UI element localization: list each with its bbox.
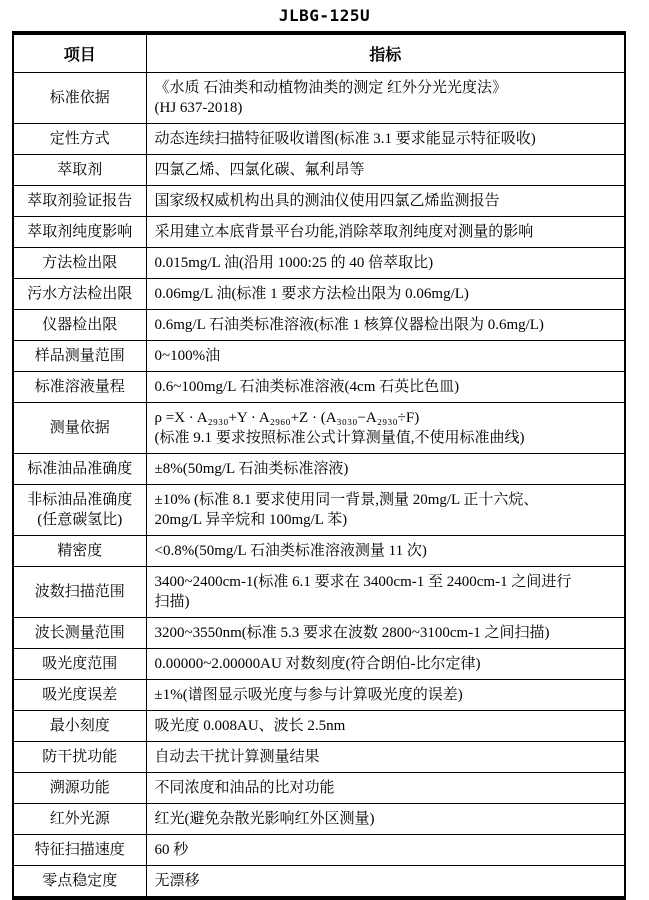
table-header-item: 项目 — [13, 33, 146, 73]
spec-value: 四氯乙烯、四氯化碳、氟利昂等 — [146, 155, 625, 186]
table-header-row: 项目 指标 — [13, 33, 625, 73]
spec-item-label: 防干扰功能 — [13, 742, 146, 773]
spec-value: 采用建立本底背景平台功能,消除萃取剂纯度对测量的影响 — [146, 217, 625, 248]
spec-item-label: 标准溶液量程 — [13, 372, 146, 403]
table-row: 吸光度误差 ±1%(谱图显示吸光度与参与计算吸光度的误差) — [13, 680, 625, 711]
spec-value: 0.015mg/L 油(沿用 1000:25 的 40 倍萃取比) — [146, 248, 625, 279]
spec-item-label: 污水方法检出限 — [13, 279, 146, 310]
spec-value: ±1%(谱图显示吸光度与参与计算吸光度的误差) — [146, 680, 625, 711]
table-row: 溯源功能 不同浓度和油品的比对功能 — [13, 773, 625, 804]
spec-item-label: 溯源功能 — [13, 773, 146, 804]
spec-value: 自动去干扰计算测量结果 — [146, 742, 625, 773]
table-header-spec: 指标 — [146, 33, 625, 73]
spec-item-label: 定性方式 — [13, 124, 146, 155]
table-row: 红外光源 红光(避免杂散光影响红外区测量) — [13, 804, 625, 835]
spec-value: 0.6~100mg/L 石油类标准溶液(4cm 石英比色皿) — [146, 372, 625, 403]
spec-value: 无漂移 — [146, 866, 625, 899]
table-row: 标准依据 《水质 石油类和动植物油类的测定 红外分光光度法》 (HJ 637-2… — [13, 73, 625, 124]
spec-value: 0~100%油 — [146, 341, 625, 372]
spec-value: ±8%(50mg/L 石油类标准溶液) — [146, 454, 625, 485]
table-row: 波数扫描范围 3400~2400cm-1(标准 6.1 要求在 3400cm-1… — [13, 567, 625, 618]
spec-item-label: 萃取剂纯度影响 — [13, 217, 146, 248]
table-row: 萃取剂 四氯乙烯、四氯化碳、氟利昂等 — [13, 155, 625, 186]
table-row: 标准溶液量程 0.6~100mg/L 石油类标准溶液(4cm 石英比色皿) — [13, 372, 625, 403]
table-row: 波长测量范围 3200~3550nm(标准 5.3 要求在波数 2800~310… — [13, 618, 625, 649]
spec-value: ρ =X · A₂₉₃₀+Y · A₂₉₆₀+Z · (A₃₀₃₀−A₂₉₃₀÷… — [146, 403, 625, 454]
spec-item-label: 波长测量范围 — [13, 618, 146, 649]
spec-item-label: 吸光度范围 — [13, 649, 146, 680]
spec-value: <0.8%(50mg/L 石油类标准溶液测量 11 次) — [146, 536, 625, 567]
table-row: 仪器检出限 0.6mg/L 石油类标准溶液(标准 1 核算仪器检出限为 0.6m… — [13, 310, 625, 341]
spec-item-label: 测量依据 — [13, 403, 146, 454]
table-row: 精密度 <0.8%(50mg/L 石油类标准溶液测量 11 次) — [13, 536, 625, 567]
spec-value: 3200~3550nm(标准 5.3 要求在波数 2800~3100cm-1 之… — [146, 618, 625, 649]
spec-value: 国家级权威机构出具的测油仪使用四氯乙烯监测报告 — [146, 186, 625, 217]
spec-item-label: 标准依据 — [13, 73, 146, 124]
table-row: 标准油品准确度 ±8%(50mg/L 石油类标准溶液) — [13, 454, 625, 485]
spec-item-label: 萃取剂 — [13, 155, 146, 186]
spec-item-label: 非标油品准确度 (任意碳氢比) — [13, 485, 146, 536]
table-row: 最小刻度 吸光度 0.008AU、波长 2.5nm — [13, 711, 625, 742]
document-page: JLBG-125U 项目 指标 标准依据 《水质 石油类和动植物油类的测定 红外… — [0, 0, 649, 900]
table-row: 防干扰功能 自动去干扰计算测量结果 — [13, 742, 625, 773]
table-row: 萃取剂纯度影响 采用建立本底背景平台功能,消除萃取剂纯度对测量的影响 — [13, 217, 625, 248]
table-row: 污水方法检出限 0.06mg/L 油(标准 1 要求方法检出限为 0.06mg/… — [13, 279, 625, 310]
spec-value: 0.06mg/L 油(标准 1 要求方法检出限为 0.06mg/L) — [146, 279, 625, 310]
spec-item-label: 标准油品准确度 — [13, 454, 146, 485]
spec-item-label: 吸光度误差 — [13, 680, 146, 711]
spec-value: 不同浓度和油品的比对功能 — [146, 773, 625, 804]
spec-item-label: 仪器检出限 — [13, 310, 146, 341]
spec-item-label: 波数扫描范围 — [13, 567, 146, 618]
spec-item-label: 零点稳定度 — [13, 866, 146, 899]
spec-item-label: 萃取剂验证报告 — [13, 186, 146, 217]
spec-item-label: 精密度 — [13, 536, 146, 567]
spec-item-label: 最小刻度 — [13, 711, 146, 742]
table-row: 零点稳定度 无漂移 — [13, 866, 625, 899]
spec-value: 60 秒 — [146, 835, 625, 866]
spec-item-label: 特征扫描速度 — [13, 835, 146, 866]
spec-value: 3400~2400cm-1(标准 6.1 要求在 3400cm-1 至 2400… — [146, 567, 625, 618]
spec-value: 《水质 石油类和动植物油类的测定 红外分光光度法》 (HJ 637-2018) — [146, 73, 625, 124]
table-row: 定性方式 动态连续扫描特征吸收谱图(标准 3.1 要求能显示特征吸收) — [13, 124, 625, 155]
table-row: 测量依据 ρ =X · A₂₉₃₀+Y · A₂₉₆₀+Z · (A₃₀₃₀−A… — [13, 403, 625, 454]
spec-item-label: 方法检出限 — [13, 248, 146, 279]
spec-value: 动态连续扫描特征吸收谱图(标准 3.1 要求能显示特征吸收) — [146, 124, 625, 155]
spec-table: 项目 指标 标准依据 《水质 石油类和动植物油类的测定 红外分光光度法》 (HJ… — [12, 31, 626, 900]
spec-value: 吸光度 0.008AU、波长 2.5nm — [146, 711, 625, 742]
table-row: 非标油品准确度 (任意碳氢比) ±10% (标准 8.1 要求使用同一背景,测量… — [13, 485, 625, 536]
table-row: 特征扫描速度 60 秒 — [13, 835, 625, 866]
table-row: 吸光度范围 0.00000~2.00000AU 对数刻度(符合朗伯-比尔定律) — [13, 649, 625, 680]
table-row: 方法检出限 0.015mg/L 油(沿用 1000:25 的 40 倍萃取比) — [13, 248, 625, 279]
spec-item-label: 红外光源 — [13, 804, 146, 835]
table-row: 萃取剂验证报告 国家级权威机构出具的测油仪使用四氯乙烯监测报告 — [13, 186, 625, 217]
spec-value: 0.00000~2.00000AU 对数刻度(符合朗伯-比尔定律) — [146, 649, 625, 680]
spec-item-label: 样品测量范围 — [13, 341, 146, 372]
spec-value: 红光(避免杂散光影响红外区测量) — [146, 804, 625, 835]
spec-value: ±10% (标准 8.1 要求使用同一背景,测量 20mg/L 正十六烷、 20… — [146, 485, 625, 536]
spec-value: 0.6mg/L 石油类标准溶液(标准 1 核算仪器检出限为 0.6mg/L) — [146, 310, 625, 341]
table-row: 样品测量范围 0~100%油 — [13, 341, 625, 372]
page-title: JLBG-125U — [0, 6, 649, 25]
